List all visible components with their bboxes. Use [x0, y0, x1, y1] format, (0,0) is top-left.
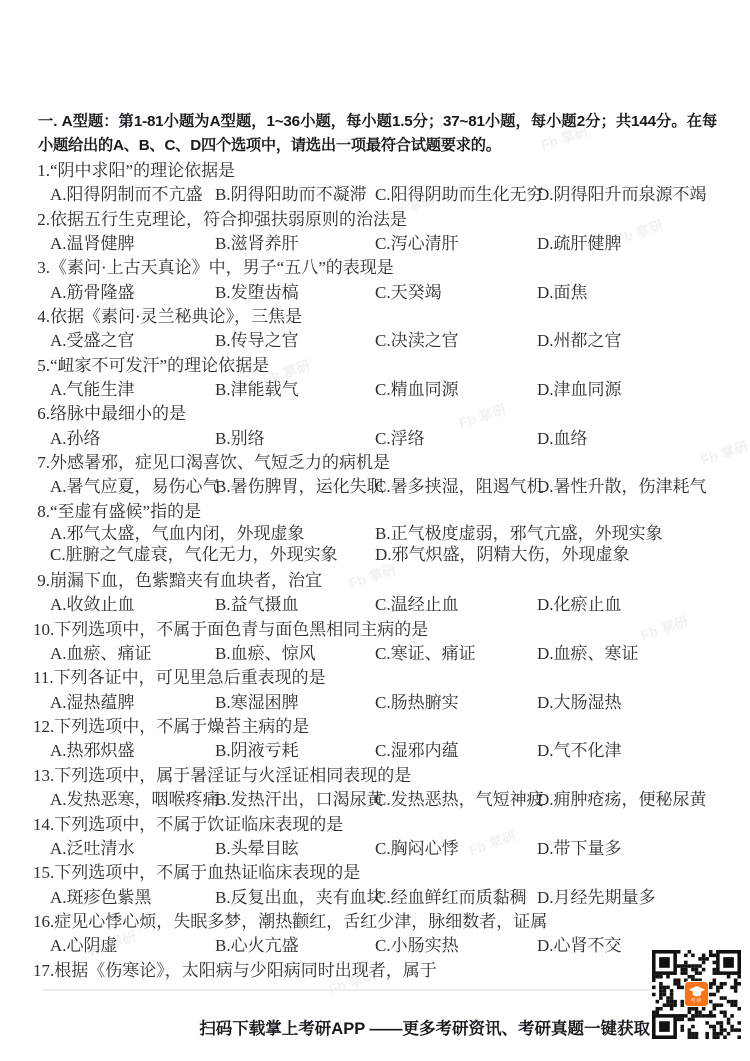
option-row: A.发热恶寒，咽喉疼痛B.发热汗出，口渴尿黄C.发热恶热，气短神疲D.痈肿疮疡，… — [33, 788, 717, 812]
question-block: 9.崩漏下血，色紫黯夹有血块者，治宜 A.收敛止血B.益气摄血C.温经止血D.化… — [33, 569, 717, 618]
option-item: C.精血同源 — [375, 378, 459, 402]
option-item: C.寒证、痛证 — [375, 642, 476, 666]
option-item: D.血络 — [537, 427, 588, 451]
option-item: D.州都之官 — [537, 329, 622, 353]
question-stem-row: 4.依据《素问·灵兰秘典论》，三焦是 — [33, 305, 717, 329]
option-item: B.头晕目眩 — [215, 837, 299, 861]
question-stem: 根据《伤寒论》，太阳病与少阳病同时出现者，属于 — [54, 961, 437, 980]
option-row: A.筋骨隆盛B.发堕齿槁C.天癸竭D.面焦 — [33, 281, 717, 305]
question-list: 1.“阴中求阳”的理论依据是 A.阳得阴制而不亢盛B.阴得阳助而不凝滞C.阳得阴… — [33, 159, 717, 985]
option-item: C.脏腑之气虚衰，气化无力，外现实象 — [50, 545, 338, 566]
question-number: 11. — [33, 666, 54, 690]
exam-content: 一. A型题：第1-81小题为A型题，1~36小题，每小题1.5分；37~81小… — [33, 110, 717, 985]
question-stem-row: 2.依据五行生克理论，符合抑强扶弱原则的治法是 — [33, 208, 717, 232]
question-stem: 下列各证中，可见里急后重表现的是 — [54, 668, 326, 687]
question-stem-row: 9.崩漏下血，色紫黯夹有血块者，治宜 — [33, 569, 717, 593]
question-block: 3.《素问·上古天真论》中，男子“五八”的表现是 A.筋骨隆盛B.发堕齿槁C.天… — [33, 256, 717, 305]
option-row: C.脏腑之气虚衰，气化无力，外现实象D.邪气炽盛，阴精大伤，外现虚象 — [33, 545, 717, 566]
option-item: C.胸闷心悸 — [375, 837, 459, 861]
question-stem: 络脉中最细小的是 — [50, 404, 186, 423]
option-item: B.滋肾养肝 — [215, 232, 299, 256]
question-stem: 依据《素问·灵兰秘典论》，三焦是 — [50, 307, 302, 326]
question-block: 1.“阴中求阳”的理论依据是 A.阳得阴制而不亢盛B.阴得阳助而不凝滞C.阳得阴… — [33, 159, 717, 208]
question-stem-row: 5.“衄家不可发汗”的理论依据是 — [33, 354, 717, 378]
question-stem: “至虚有盛候”指的是 — [50, 502, 201, 521]
question-block: 10.下列选项中，不属于面色青与面色黑相同主病的是 A.血瘀、痛证B.血瘀、惊风… — [33, 618, 717, 667]
question-stem: 《素问·上古天真论》中，男子“五八”的表现是 — [50, 258, 394, 277]
option-item: A.筋骨隆盛 — [50, 281, 135, 305]
option-item: D.血瘀、寒证 — [537, 642, 639, 666]
option-row: A.阳得阴制而不亢盛B.阴得阳助而不凝滞C.阳得阴助而生化无穷D.阴得阳升而泉源… — [33, 183, 717, 207]
option-item: A.收敛止血 — [50, 593, 135, 617]
option-item: A.暑气应夏，易伤心气 — [50, 475, 220, 499]
option-item: D.邪气炽盛，阴精大伤，外现虚象 — [375, 545, 630, 566]
option-item: A.热邪炽盛 — [50, 739, 135, 763]
option-item: D.痈肿疮疡，便秘尿黄 — [537, 788, 707, 812]
option-item: C.肠热腑实 — [375, 691, 459, 715]
option-item: C.发热恶热，气短神疲 — [375, 788, 544, 812]
option-item: B.发热汗出，口渴尿黄 — [215, 788, 384, 812]
option-item: B.阴得阳助而不凝滞 — [215, 183, 367, 207]
option-row: A.邪气太盛，气血内闭，外现虚象B.正气极度虚弱，邪气亢盛，外现实象 — [33, 524, 717, 545]
option-item: A.孙络 — [50, 427, 101, 451]
option-item: D.暑性升散，伤津耗气 — [537, 475, 707, 499]
question-stem-row: 15.下列选项中，不属于血热证临床表现的是 — [33, 861, 717, 885]
question-stem: 依据五行生克理论，符合抑强扶弱原则的治法是 — [50, 210, 407, 229]
question-block: 12.下列选项中，不属于燥苔主病的是 A.热邪炽盛B.阴液亏耗C.湿邪内蕴D.气… — [33, 715, 717, 764]
option-item: B.津能载气 — [215, 378, 299, 402]
option-item: D.月经先期量多 — [537, 886, 656, 910]
option-item: C.阳得阴助而生化无穷 — [375, 183, 544, 207]
question-block: 2.依据五行生克理论，符合抑强扶弱原则的治法是 A.温肾健脾B.滋肾养肝C.泻心… — [33, 208, 717, 257]
option-row: A.孙络B.别络C.浮络D.血络 — [33, 427, 717, 451]
option-row: A.泛吐清水B.头晕目眩C.胸闷心悸D.带下量多 — [33, 837, 717, 861]
option-item: A.心阴虚 — [50, 934, 118, 958]
option-item: C.湿邪内蕴 — [375, 739, 459, 763]
question-block: 13.下列选项中，属于暑淫证与火淫证相同表现的是 A.发热恶寒，咽喉疼痛B.发热… — [33, 764, 717, 813]
option-item: B.暑伤脾胃，运化失职 — [215, 475, 384, 499]
option-item: B.寒湿困脾 — [215, 691, 299, 715]
question-block: 7.外感暑邪，症见口渴喜饮、气短乏力的病机是 A.暑气应夏，易伤心气B.暑伤脾胃… — [33, 451, 717, 500]
option-row: A.受盛之官B.传导之官C.决渎之官D.州都之官 — [33, 329, 717, 353]
question-stem: “阴中求阳”的理论依据是 — [50, 161, 235, 180]
question-block: 4.依据《素问·灵兰秘典论》，三焦是 A.受盛之官B.传导之官C.决渎之官D.州… — [33, 305, 717, 354]
option-item: C.暑多挟湿，阻遏气机 — [375, 475, 544, 499]
question-block: 17.根据《伤寒论》，太阳病与少阳病同时出现者，属于 — [33, 959, 717, 985]
graduation-cap-icon — [688, 985, 706, 999]
option-item: D.化瘀止血 — [537, 593, 622, 617]
section-a-instructions: 一. A型题：第1-81小题为A型题，1~36小题，每小题1.5分；37~81小… — [38, 110, 717, 157]
option-item: C.经血鲜红而质黏稠 — [375, 886, 527, 910]
question-stem-row: 6.络脉中最细小的是 — [33, 402, 717, 426]
question-stem-row: 10.下列选项中，不属于面色青与面色黑相同主病的是 — [33, 618, 717, 642]
question-stem-row: 8.“至虚有盛候”指的是 — [33, 500, 717, 524]
option-row: A.热邪炽盛B.阴液亏耗C.湿邪内蕴D.气不化津 — [33, 739, 717, 763]
option-item: A.血瘀、痛证 — [50, 642, 152, 666]
question-stem-row: 11.下列各证中，可见里急后重表现的是 — [33, 666, 717, 690]
option-item: C.浮络 — [375, 427, 425, 451]
option-item: D.面焦 — [537, 281, 588, 305]
question-block: 15.下列选项中，不属于血热证临床表现的是 A.斑疹色紫黑B.反复出血，夹有血块… — [33, 861, 717, 910]
question-stem: 崩漏下血，色紫黯夹有血块者，治宜 — [50, 571, 322, 590]
option-item: C.温经止血 — [375, 593, 459, 617]
question-stem-row: 7.外感暑邪，症见口渴喜饮、气短乏力的病机是 — [33, 451, 717, 475]
qr-code: 考研 — [652, 950, 741, 1039]
option-item: A.泛吐清水 — [50, 837, 135, 861]
option-row: A.收敛止血B.益气摄血C.温经止血D.化瘀止血 — [33, 593, 717, 617]
question-stem: 下列选项中，属于暑淫证与火淫证相同表现的是 — [54, 766, 411, 785]
question-number: 5. — [33, 354, 50, 378]
option-item: A.阳得阴制而不亢盛 — [50, 183, 203, 207]
option-item: D.大肠湿热 — [537, 691, 622, 715]
option-item: D.气不化津 — [537, 739, 622, 763]
question-number: 16. — [33, 910, 54, 934]
option-item: A.气能生津 — [50, 378, 135, 402]
option-item: C.泻心清肝 — [375, 232, 459, 256]
question-stem-row: 1.“阴中求阳”的理论依据是 — [33, 159, 717, 183]
question-stem-row: 16.症见心悸心烦，失眠多梦，潮热颧红，舌红少津，脉细数者，证属 — [33, 910, 717, 934]
question-number: 7. — [33, 451, 50, 475]
app-logo: 考研 — [684, 981, 709, 1007]
option-item: B.传导之官 — [215, 329, 299, 353]
question-stem: 下列选项中，不属于饮证临床表现的是 — [54, 815, 343, 834]
question-number: 9. — [33, 569, 50, 593]
option-item: C.天癸竭 — [375, 281, 442, 305]
option-item: A.温肾健脾 — [50, 232, 135, 256]
question-stem: 外感暑邪，症见口渴喜饮、气短乏力的病机是 — [50, 453, 390, 472]
option-row: A.暑气应夏，易伤心气B.暑伤脾胃，运化失职C.暑多挟湿，阻遏气机D.暑性升散，… — [33, 475, 717, 499]
option-item: B.益气摄血 — [215, 593, 299, 617]
option-item: D.心肾不交 — [537, 934, 622, 958]
question-block: 5.“衄家不可发汗”的理论依据是 A.气能生津B.津能载气C.精血同源D.津血同… — [33, 354, 717, 403]
option-item: B.发堕齿槁 — [215, 281, 299, 305]
question-number: 4. — [33, 305, 50, 329]
question-block: 14.下列选项中，不属于饮证临床表现的是 A.泛吐清水B.头晕目眩C.胸闷心悸D… — [33, 813, 717, 862]
option-row: A.斑疹色紫黑B.反复出血，夹有血块C.经血鲜红而质黏稠D.月经先期量多 — [33, 886, 717, 910]
question-number: 12. — [33, 715, 54, 739]
option-item: A.斑疹色紫黑 — [50, 886, 152, 910]
option-item: A.受盛之官 — [50, 329, 135, 353]
option-row: A.心阴虚B.心火亢盛C.小肠实热D.心肾不交 — [33, 934, 717, 958]
question-block: 11.下列各证中，可见里急后重表现的是 A.湿热蕴脾B.寒湿困脾C.肠热腑实D.… — [33, 666, 717, 715]
question-stem-row: 13.下列选项中，属于暑淫证与火淫证相同表现的是 — [33, 764, 717, 788]
question-stem: 下列选项中，不属于面色青与面色黑相同主病的是 — [54, 620, 428, 639]
option-row: A.气能生津B.津能载气C.精血同源D.津血同源 — [33, 378, 717, 402]
option-item: B.心火亢盛 — [215, 934, 299, 958]
question-number: 2. — [33, 208, 50, 232]
question-number: 1. — [33, 159, 50, 183]
footer-divider — [42, 989, 650, 991]
question-number: 8. — [33, 500, 50, 524]
footer-promo-text: 扫码下载掌上考研APP ——更多考研资讯、考研真题一键获取 — [0, 1015, 650, 1039]
option-row: A.血瘀、痛证B.血瘀、惊风C.寒证、痛证D.血瘀、寒证 — [33, 642, 717, 666]
option-row: A.湿热蕴脾B.寒湿困脾C.肠热腑实D.大肠湿热 — [33, 691, 717, 715]
question-stem: 下列选项中，不属于燥苔主病的是 — [54, 717, 309, 736]
option-item: A.发热恶寒，咽喉疼痛 — [50, 788, 220, 812]
question-block: 8.“至虚有盛候”指的是 A.邪气太盛，气血内闭，外现虚象B.正气极度虚弱，邪气… — [33, 500, 717, 569]
question-number: 14. — [33, 813, 54, 837]
option-row: A.温肾健脾B.滋肾养肝C.泻心清肝D.疏肝健脾 — [33, 232, 717, 256]
option-item: D.津血同源 — [537, 378, 622, 402]
option-item: A.湿热蕴脾 — [50, 691, 135, 715]
question-block: 16.症见心悸心烦，失眠多梦，潮热颧红，舌红少津，脉细数者，证属 A.心阴虚B.… — [33, 910, 717, 959]
question-stem: “衄家不可发汗”的理论依据是 — [50, 356, 269, 375]
option-item: B.血瘀、惊风 — [215, 642, 316, 666]
question-stem: 症见心悸心烦，失眠多梦，潮热颧红，舌红少津，脉细数者，证属 — [54, 912, 547, 931]
option-item: B.别络 — [215, 427, 265, 451]
qr-logo-text: 考研 — [690, 999, 702, 1004]
question-number: 10. — [33, 618, 54, 642]
question-number: 17. — [33, 959, 54, 983]
question-number: 15. — [33, 861, 54, 885]
option-item: C.小肠实热 — [375, 934, 459, 958]
option-item: A.邪气太盛，气血内闭，外现虚象 — [50, 524, 305, 545]
option-item: D.疏肝健脾 — [537, 232, 622, 256]
option-item: D.阴得阳升而泉源不竭 — [537, 183, 707, 207]
option-item: B.正气极度虚弱，邪气亢盛，外现实象 — [375, 524, 663, 545]
question-block: 6.络脉中最细小的是 A.孙络B.别络C.浮络D.血络 — [33, 402, 717, 451]
option-item: B.阴液亏耗 — [215, 739, 299, 763]
question-number: 6. — [33, 402, 50, 426]
exam-page: { "page": { "header": "一. A型题：第1-81小题为A型… — [0, 0, 750, 1061]
option-item: C.决渎之官 — [375, 329, 459, 353]
question-stem-row: 14.下列选项中，不属于饮证临床表现的是 — [33, 813, 717, 837]
option-item: D.带下量多 — [537, 837, 622, 861]
question-number: 3. — [33, 256, 50, 280]
question-stem-row: 17.根据《伤寒论》，太阳病与少阳病同时出现者，属于 — [33, 959, 717, 983]
question-stem-row: 3.《素问·上古天真论》中，男子“五八”的表现是 — [33, 256, 717, 280]
question-stem: 下列选项中，不属于血热证临床表现的是 — [54, 863, 360, 882]
question-stem-row: 12.下列选项中，不属于燥苔主病的是 — [33, 715, 717, 739]
option-item: B.反复出血，夹有血块 — [215, 886, 384, 910]
question-number: 13. — [33, 764, 54, 788]
